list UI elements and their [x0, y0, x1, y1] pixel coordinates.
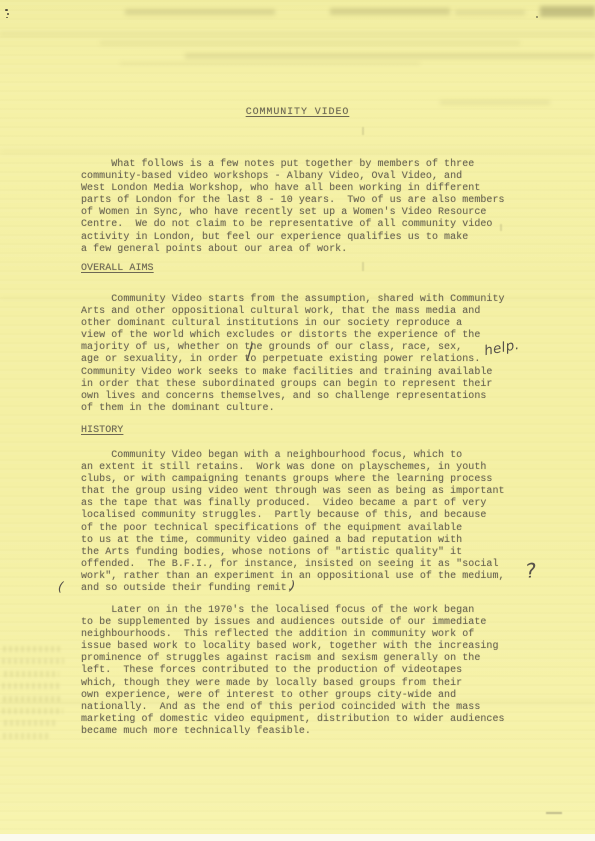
- scan-streak: [540, 6, 595, 17]
- section-heading-history: HISTORY: [81, 425, 123, 437]
- scan-speck: [6, 17, 8, 18]
- scan-streak: [100, 41, 520, 45]
- handwritten-question-mark: ?: [524, 560, 544, 578]
- scan-streak: [455, 10, 525, 15]
- bleed-through-text: [2, 683, 62, 689]
- scan-streak: [125, 9, 275, 15]
- scanned-document-page: COMMUNITY VIDEO What follows is a few no…: [0, 0, 595, 841]
- scan-streak: [440, 100, 550, 105]
- scan-speck: [7, 13, 9, 15]
- bleed-through-text: [2, 708, 63, 714]
- scan-speck: [536, 16, 538, 18]
- scan-streak: [0, 32, 595, 36]
- bleed-through-text: [2, 658, 64, 664]
- bleed-through-text: [4, 671, 59, 677]
- bleed-through-text: [3, 696, 60, 702]
- scan-streak: [330, 8, 450, 15]
- intro-paragraph: What follows is a few notes put together…: [81, 159, 505, 256]
- bleed-through-text: [4, 720, 56, 726]
- scan-speck: [5, 9, 8, 11]
- scan-mark: [546, 812, 562, 814]
- scan-streak: [0, 150, 595, 153]
- bleed-through-text: [3, 733, 51, 739]
- history-paragraph-1: Community Video began with a neighbourho…: [81, 450, 505, 595]
- scan-mark: [362, 127, 364, 135]
- section-heading-overall-aims: OVERALL AIMS: [81, 263, 154, 275]
- overall-aims-paragraph: Community Video starts from the assumpti…: [81, 294, 505, 415]
- bleed-through-text: [3, 646, 61, 652]
- document-title: COMMUNITY VIDEO: [0, 107, 595, 119]
- scan-bed-edge: [0, 834, 595, 841]
- history-paragraph-2: Later on in the 1970's the localised foc…: [81, 605, 505, 738]
- handwritten-open-paren: (: [57, 580, 64, 595]
- scan-streak: [185, 53, 595, 59]
- scan-mark: [362, 262, 364, 271]
- scan-streak: [120, 62, 420, 65]
